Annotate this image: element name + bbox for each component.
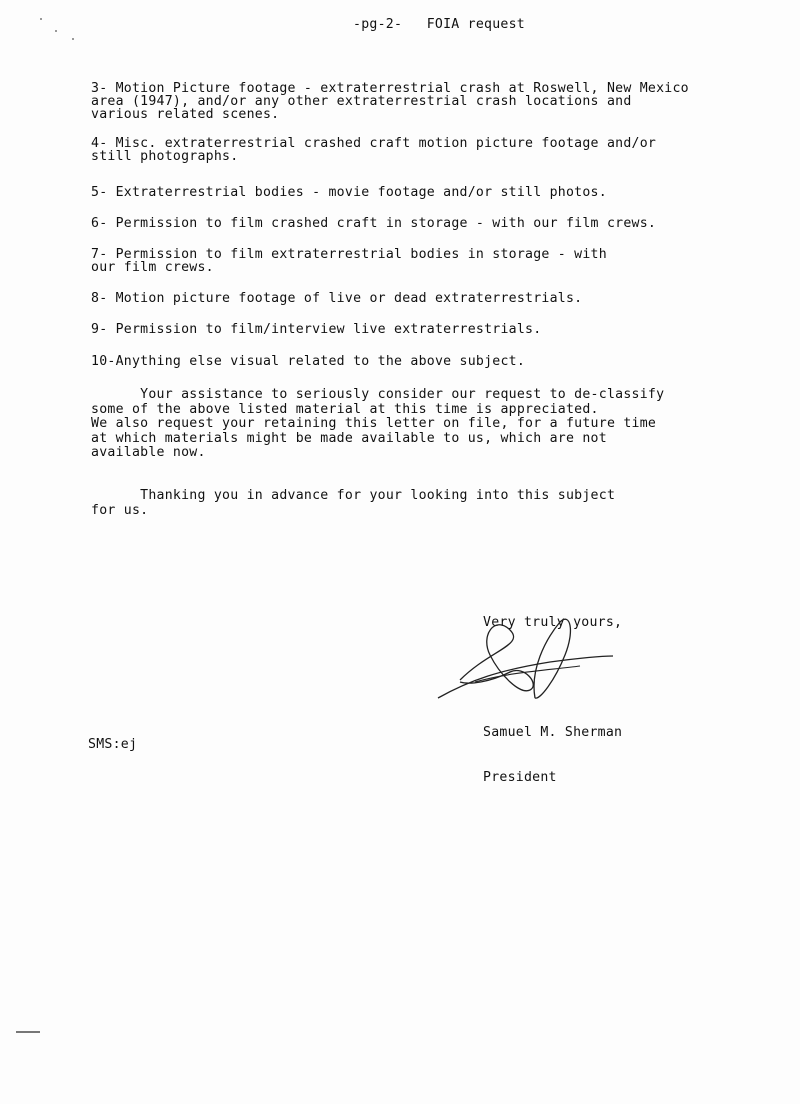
scan-speck [72, 38, 74, 40]
request-item: 3- Motion Picture footage - extraterrest… [91, 82, 689, 121]
request-item: 10-Anything else visual related to the a… [91, 355, 525, 368]
scan-speck [55, 30, 57, 32]
request-item: 4- Misc. extraterrestrial crashed craft … [91, 137, 656, 163]
typist-initials: SMS:ej [88, 737, 137, 752]
request-item: 5- Extraterrestrial bodies - movie foota… [91, 186, 607, 199]
request-item: 6- Permission to film crashed craft in s… [91, 217, 656, 230]
signatory-block: Samuel M. Sherman President [483, 695, 622, 815]
scan-mark [16, 1031, 40, 1033]
scan-speck [40, 18, 42, 20]
signatory-name: Samuel M. Sherman [483, 725, 622, 740]
signatory-title: President [483, 770, 622, 785]
page-header: -pg-2- FOIA request [353, 17, 525, 32]
request-item: 7- Permission to film extraterrestrial b… [91, 248, 607, 274]
paragraph-thanks: Thanking you in advance for your looking… [91, 489, 615, 518]
paragraph-request: Your assistance to seriously consider ou… [91, 388, 664, 461]
request-item: 9- Permission to film/interview live ext… [91, 323, 541, 336]
document-page: -pg-2- FOIA request 3- Motion Picture fo… [0, 0, 800, 1104]
request-item: 8- Motion picture footage of live or dea… [91, 292, 582, 305]
